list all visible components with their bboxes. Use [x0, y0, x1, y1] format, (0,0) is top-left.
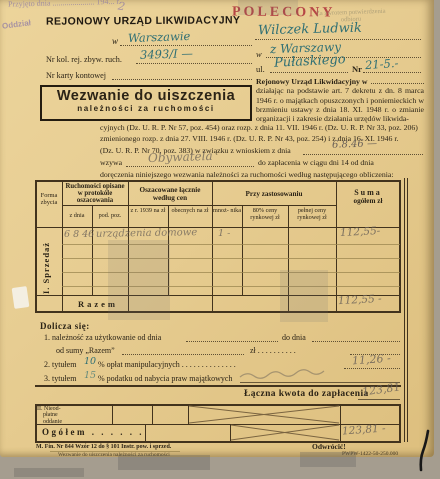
- paper-damage-patch: [12, 286, 30, 309]
- nieodplatne-line3: oddanie: [37, 419, 109, 425]
- addressee-name-handwritten: Wilczek Ludwik: [258, 21, 362, 39]
- subcol-pod-poz: pod. poz.: [93, 212, 127, 219]
- item2-percent-handwritten: 10: [84, 356, 96, 367]
- watermark: [280, 270, 328, 322]
- table2-border-bottom: [35, 441, 401, 443]
- table-border-right: [399, 180, 401, 313]
- dotted-line: [312, 341, 400, 342]
- watermark: [108, 240, 170, 320]
- total-amount-handwritten: 123,81: [361, 380, 401, 398]
- legal-line-a: cyjnych (Dz. U. R. P. Nr 57, poz. 454) o…: [100, 123, 424, 132]
- background-shadow: [14, 468, 84, 477]
- street-handwritten: Pułaskiego: [274, 52, 346, 71]
- wzywa-label: wzywa: [100, 158, 122, 167]
- dotted-line: [303, 154, 423, 155]
- surcharge-item1b: od sumy „Razem”: [56, 346, 115, 355]
- item3-percent-handwritten: 15: [84, 370, 96, 381]
- dotted-line: [122, 354, 244, 355]
- watermark: [238, 0, 298, 15]
- form-subtitle: należności za ruchomości: [42, 104, 250, 113]
- table-border-top: [35, 180, 401, 182]
- ogolem-amount-handwritten: 123,81 -: [342, 422, 386, 437]
- col-group-oszacowane: Oszacowane łącznie według cen: [130, 186, 210, 202]
- entry-multiplier-handwritten: 1 -: [218, 228, 230, 239]
- legal-line-e: doręczenia niniejszego wezwania należnoś…: [100, 170, 394, 179]
- stamp-mark: 2: [117, 0, 126, 13]
- table2-gridline: [188, 404, 189, 424]
- reg-number-handwritten: 3493/I —: [140, 46, 193, 62]
- table-gridline: [62, 205, 336, 206]
- table2-gridline: [145, 424, 146, 441]
- account-card-label: Nr karty kontowej: [46, 71, 106, 80]
- dotted-line: [363, 72, 421, 73]
- form-title: Wezwanie do uiszczenia: [42, 88, 250, 104]
- scanned-document-page: { "colors":{"paper":"#e7cd92","ink":"#2b…: [0, 0, 440, 479]
- surcharge-item2: 2. tytułem: [44, 360, 76, 369]
- legal-p1: Rejonowy Urząd Likwidacyjny w: [256, 77, 368, 86]
- surcharge-item3b: % podatku od nabycia praw majątkowych: [98, 374, 232, 383]
- office-city-handwritten: Warszawie: [128, 29, 191, 45]
- form-title-box: Wezwanie do uiszczenia należności za ruc…: [40, 85, 252, 121]
- section-nieodplatne-label: II. Nieod- płatne oddanie: [37, 406, 109, 425]
- table-gridline: [62, 180, 63, 311]
- request-date-handwritten: 6.8.46 —: [332, 138, 377, 151]
- city-label: w: [256, 49, 262, 59]
- col-group-ruchomosci: Ruchomości opisane w protokóle oszacowan…: [64, 183, 126, 205]
- legal-paragraph: działając na podstawie art. 7 dekretu z …: [256, 86, 424, 123]
- reg-number-label: Nr kol. rej. zbyw. ruch.: [46, 55, 122, 64]
- subcol-mnoznik: mnoż- nika: [213, 208, 241, 215]
- office-city-label: w: [112, 36, 118, 46]
- surcharge-item3: 3. tytułem: [44, 374, 76, 383]
- ogolem-label: Ogółem . . . . . .: [42, 427, 144, 437]
- table-gridline: [336, 180, 337, 311]
- surcharge-item2b: % opłat manipulacyjnych . . . . . . . . …: [98, 360, 236, 369]
- dotted-line: [344, 368, 400, 369]
- surcharge-item1: 1. należność za użytkowanie od dnia: [44, 333, 161, 342]
- dolicza-title: Dolicza się:: [40, 321, 90, 331]
- subcol-80pct: 80% ceny rynkowej zł: [243, 208, 287, 222]
- legal-line-d2: do zapłacenia w ciągu dni 14 od dnia: [258, 158, 374, 167]
- dotted-line: [126, 166, 254, 167]
- total-label: Łączna kwota do zapłacenia: [244, 389, 369, 399]
- citizen-handwritten: Obywatela: [148, 149, 213, 165]
- col-header-suma: Suma: [338, 188, 398, 197]
- surcharge-item1b2: zł . . . . . . . . . .: [250, 346, 296, 355]
- table2-gridline: [340, 404, 341, 443]
- item2-amount-handwritten: 11,26 -: [352, 352, 392, 368]
- street-label: ul.: [256, 64, 265, 74]
- surcharge-item1-do-dnia: do dnia: [282, 333, 306, 342]
- table2-gridline: [230, 424, 231, 441]
- dotted-line: [136, 63, 252, 64]
- office-stamp-title: REJONOWY URZĄD LIKWIDACYJNY: [46, 14, 240, 27]
- form-reference: M. Fin. Nr 844 Wzór 12 do § 101 Instr. p…: [36, 444, 171, 450]
- margin-rule: [404, 178, 405, 442]
- table2-gridline: [112, 404, 113, 424]
- subcol-obecnych: obecnych na zł: [169, 208, 211, 215]
- form-paper: Przyjęto dnia ..................... 194.…: [0, 0, 434, 457]
- margin-rule: [407, 178, 408, 442]
- subcol-pelnej: pełnej ceny rynkowej zł: [289, 208, 335, 222]
- house-number-label: Nr: [352, 64, 362, 74]
- subcol-1939: z r. 1939 na zł: [129, 208, 167, 215]
- dotted-line: [371, 83, 424, 84]
- watermark: [300, 452, 356, 467]
- legal-paragraph-line1: Rejonowy Urząd Likwidacyjny w: [256, 77, 424, 86]
- col-header-suma2: ogółem zł: [338, 197, 398, 205]
- razem-sum-handwritten: 112,55 -: [338, 293, 382, 307]
- col-group-przy-zastosowaniu: Przy zastosowaniu: [214, 190, 334, 198]
- house-number-handwritten: 21-5.-: [365, 56, 399, 72]
- section-divider: [35, 385, 401, 387]
- col-header-forma: Forma zbycia: [36, 192, 62, 206]
- entry-sum-handwritten: 112,55-: [340, 225, 381, 239]
- dotted-line: [112, 79, 252, 80]
- subcol-z-dnia: z dnia: [63, 212, 91, 219]
- dotted-line: [186, 341, 278, 342]
- table-border-bottom: [35, 311, 401, 313]
- dotted-line: [270, 72, 348, 73]
- fill-line: [358, 399, 400, 400]
- oddzial-stamp: Oddział: [2, 18, 32, 30]
- turn-over-note: Odwrócić!: [312, 442, 346, 451]
- table2-gridline: [152, 404, 153, 424]
- watermark: [118, 455, 210, 470]
- section-sprzedaz-label: I. Sprzedaż: [41, 232, 51, 294]
- entry-description-handwritten: urządzenia domowe: [96, 227, 197, 240]
- table-gridline: [212, 180, 213, 311]
- entry-date-handwritten: 6 8 46: [64, 229, 94, 240]
